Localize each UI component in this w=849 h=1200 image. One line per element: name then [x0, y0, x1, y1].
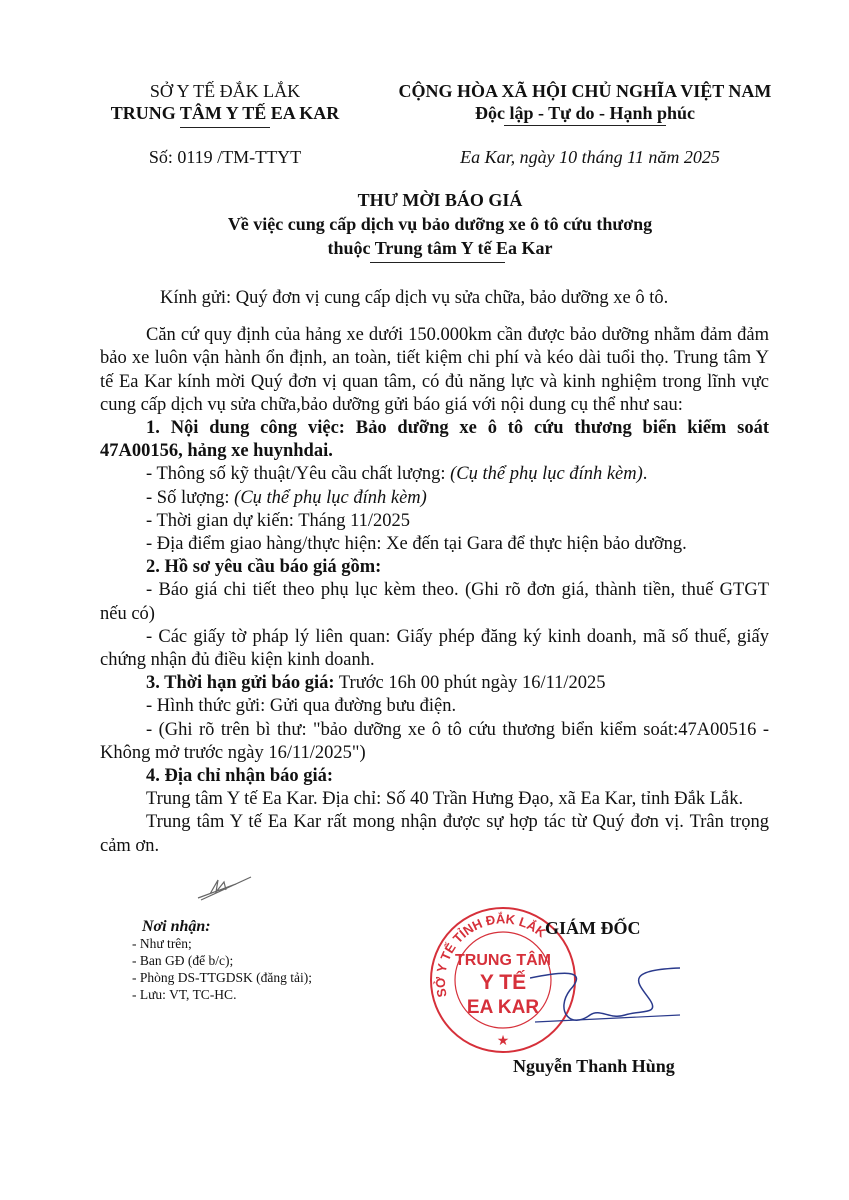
document-title: THƯ MỜI BÁO GIÁ [120, 188, 760, 212]
spec-end: . [643, 464, 648, 484]
s2-item-1: - Báo giá chi tiết theo phụ lục kèm theo… [100, 579, 769, 625]
issuer-block: SỞ Y TẾ ĐẮK LẮK TRUNG TÂM Y TẾ EA KAR [100, 80, 350, 128]
place-date: Ea Kar, ngày 10 tháng 11 năm 2025 [400, 147, 780, 168]
letter-body: Kính gửi: Quý đơn vị cung cấp dịch vụ sử… [116, 287, 769, 858]
document-title-block: THƯ MỜI BÁO GIÁ Về việc cung cấp dịch vụ… [120, 188, 760, 263]
s2-item-2: - Các giấy tờ pháp lý liên quan: Giấy ph… [100, 626, 769, 672]
recipient-item: - Như trên; [132, 935, 312, 952]
recipient-item: - Phòng DS-TTGDSK (đăng tải); [132, 969, 312, 986]
recipients-label: Nơi nhận: [142, 918, 312, 935]
section-2-heading: 2. Hồ sơ yêu cầu báo giá gồm: [116, 556, 769, 579]
section-1-heading: 1. Nội dung công việc: Bảo dưỡng xe ô tô… [100, 417, 769, 463]
s3-value: Trước 16h 00 phút ngày 16/11/2025 [335, 673, 606, 693]
motto-divider [504, 125, 666, 126]
subject-prefix: thuộc [328, 238, 375, 258]
greeting: Kính gửi: Quý đơn vị cung cấp dịch vụ sử… [116, 287, 769, 310]
title-divider [370, 262, 505, 263]
section-4-heading: 4. Địa chỉ nhận báo giá: [116, 765, 769, 788]
s1-quantity: - Số lượng: (Cụ thể phụ lục đính kèm) [116, 487, 769, 510]
recipient-item: - Ban GĐ (để b/c); [132, 952, 312, 969]
s3-item-2: - (Ghi rõ trên bì thư: "bảo dưỡng xe ô t… [100, 719, 769, 765]
signer-name: Nguyễn Thanh Hùng [513, 1056, 675, 1077]
issuer-name: TRUNG TÂM Y TẾ EA KAR [100, 102, 350, 124]
document-subject-line2: thuộc Trung tâm Y tế Ea Kar [120, 236, 760, 260]
closing: Trung tâm Y tế Ea Kar rất mong nhận được… [100, 811, 769, 857]
parent-agency: SỞ Y TẾ ĐẮK LẮK [100, 80, 350, 102]
national-heading: CỘNG HÒA XÃ HỘI CHỦ NGHĨA VIỆT NAM Độc l… [375, 80, 795, 126]
doc-number: Số: 0119 /TM-TTYT [100, 147, 350, 168]
issuer-divider [180, 127, 270, 128]
country-name: CỘNG HÒA XÃ HỘI CHỦ NGHĨA VIỆT NAM [375, 80, 795, 102]
signer-title: GIÁM ĐỐC [545, 918, 641, 939]
s3-label: 3. Thời hạn gửi báo giá: [146, 673, 335, 693]
svg-text:Y TẾ: Y TẾ [480, 971, 526, 994]
motto: Độc lập - Tự do - Hạnh phúc [375, 102, 795, 124]
recipients-block: Nơi nhận: - Như trên; - Ban GĐ (để b/c);… [132, 918, 312, 1003]
section-3-heading: 3. Thời hạn gửi báo giá: Trước 16h 00 ph… [116, 672, 769, 695]
spec-value: (Cụ thể phụ lục đính kèm) [450, 464, 643, 484]
intro-paragraph: Căn cứ quy định của hảng xe dưới 150.000… [100, 324, 769, 417]
document-page: SỞ Y TẾ ĐẮK LẮK TRUNG TÂM Y TẾ EA KAR CỘ… [0, 0, 849, 1200]
recipient-item: - Lưu: VT, TC-HC. [132, 986, 312, 1003]
s1-place: - Địa điểm giao hàng/thực hiện: Xe đến t… [116, 533, 769, 556]
qty-value: (Cụ thể phụ lục đính kèm) [234, 488, 427, 508]
qty-label: - Số lượng: [146, 488, 234, 508]
svg-text:EA KAR: EA KAR [467, 997, 539, 1018]
s3-item-1: - Hình thức gửi: Gửi qua đường bưu điện. [116, 695, 769, 718]
spec-label: - Thông số kỹ thuật/Yêu cầu chất lượng: [146, 464, 450, 484]
s1-time: - Thời gian dự kiến: Tháng 11/2025 [116, 510, 769, 533]
s4-address: Trung tâm Y tế Ea Kar. Địa chỉ: Số 40 Tr… [100, 788, 769, 811]
initial-signature-icon [196, 872, 256, 902]
svg-text:★: ★ [497, 1034, 510, 1049]
director-signature-icon [530, 960, 690, 1040]
s1-spec: - Thông số kỹ thuật/Yêu cầu chất lượng: … [116, 463, 769, 486]
document-subject: Về việc cung cấp dịch vụ bảo dưỡng xe ô … [120, 212, 760, 236]
subject-org: Trung tâm Y tế Ea Kar [375, 238, 553, 258]
